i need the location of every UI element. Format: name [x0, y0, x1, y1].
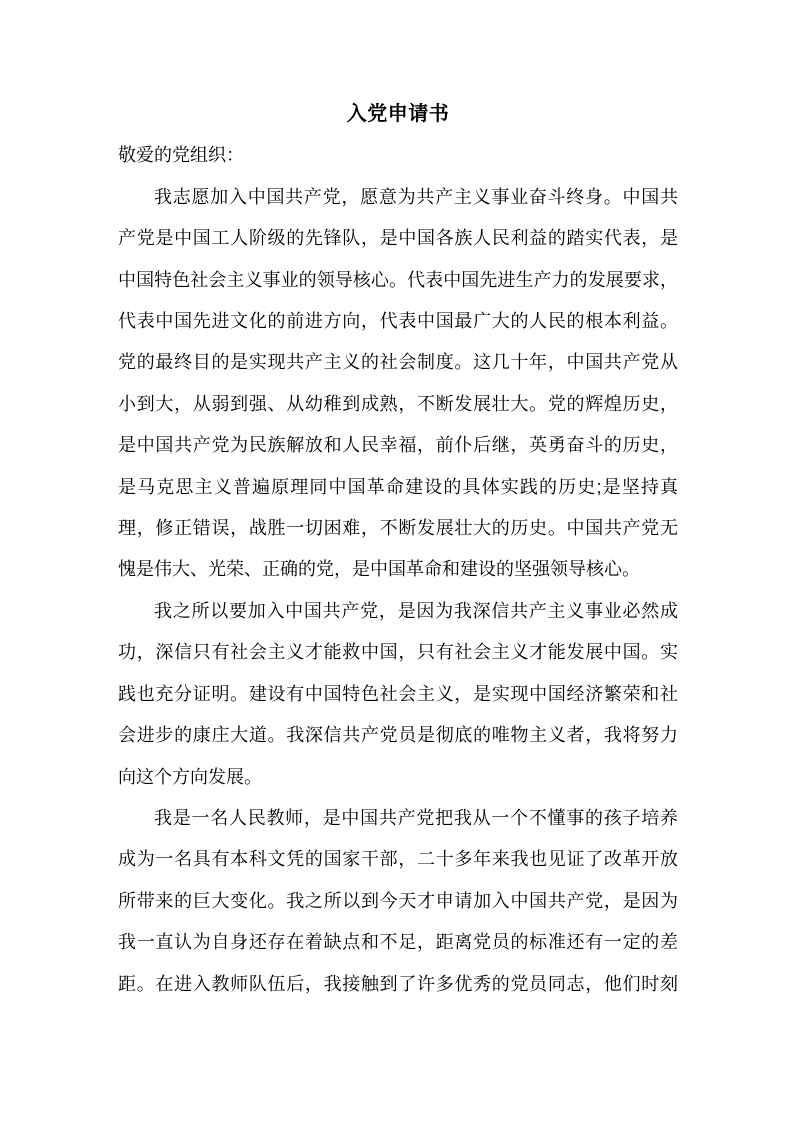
document-line: 我志愿加入中国共产党，愿意为共产主义事业奋斗终身。中国共 — [118, 177, 678, 218]
document-line: 距。在进入教师队伍后，我接触到了许多优秀的党员同志，他们时刻 — [118, 964, 678, 1005]
document-line: 成为一名具有本科文凭的国家干部，二十多年来我也见证了改革开放 — [118, 839, 678, 880]
document-body: 我志愿加入中国共产党，愿意为共产主义事业奋斗终身。中国共产党是中国工人阶级的先锋… — [118, 177, 678, 1005]
document-line: 功，深信只有社会主义才能救中国，只有社会主义才能发展中国。实 — [118, 632, 678, 673]
document-title: 入党申请书 — [118, 94, 678, 135]
salutation-line: 敬爱的党组织： — [118, 135, 678, 176]
document-page: 入党申请书 敬爱的党组织： 我志愿加入中国共产党，愿意为共产主义事业奋斗终身。中… — [0, 0, 793, 1122]
document-line: 党的最终目的是实现共产主义的社会制度。这几十年，中国共产党从 — [118, 342, 678, 383]
document-line: 愧是伟大、光荣、正确的党，是中国革命和建设的坚强领导核心。 — [118, 549, 678, 590]
document-line: 我之所以要加入中国共产党，是因为我深信共产主义事业必然成 — [118, 591, 678, 632]
document-line: 产党是中国工人阶级的先锋队，是中国各族人民利益的踏实代表，是 — [118, 218, 678, 259]
document-line: 小到大，从弱到强、从幼稚到成熟，不断发展壮大。党的辉煌历史， — [118, 384, 678, 425]
document-line: 向这个方向发展。 — [118, 757, 678, 798]
document-line: 我是一名人民教师，是中国共产党把我从一个不懂事的孩子培养 — [118, 798, 678, 839]
document-line: 理，修正错误，战胜一切困难，不断发展壮大的历史。中国共产党无 — [118, 508, 678, 549]
document-line: 践也充分证明。建设有中国特色社会主义，是实现中国经济繁荣和社 — [118, 674, 678, 715]
document-line: 中国特色社会主义事业的领导核心。代表中国先进生产力的发展要求， — [118, 260, 678, 301]
document-line: 是中国共产党为民族解放和人民幸福，前仆后继，英勇奋斗的历史， — [118, 425, 678, 466]
document-line: 我一直认为自身还存在着缺点和不足，距离党员的标准还有一定的差 — [118, 922, 678, 963]
document-line: 代表中国先进文化的前进方向，代表中国最广大的人民的根本利益。 — [118, 301, 678, 342]
document-line: 所带来的巨大变化。我之所以到今天才申请加入中国共产党，是因为 — [118, 881, 678, 922]
document-line: 是马克思主义普遍原理同中国革命建设的具体实践的历史;是坚持真 — [118, 467, 678, 508]
document-line: 会进步的康庄大道。我深信共产党员是彻底的唯物主义者，我将努力 — [118, 715, 678, 756]
